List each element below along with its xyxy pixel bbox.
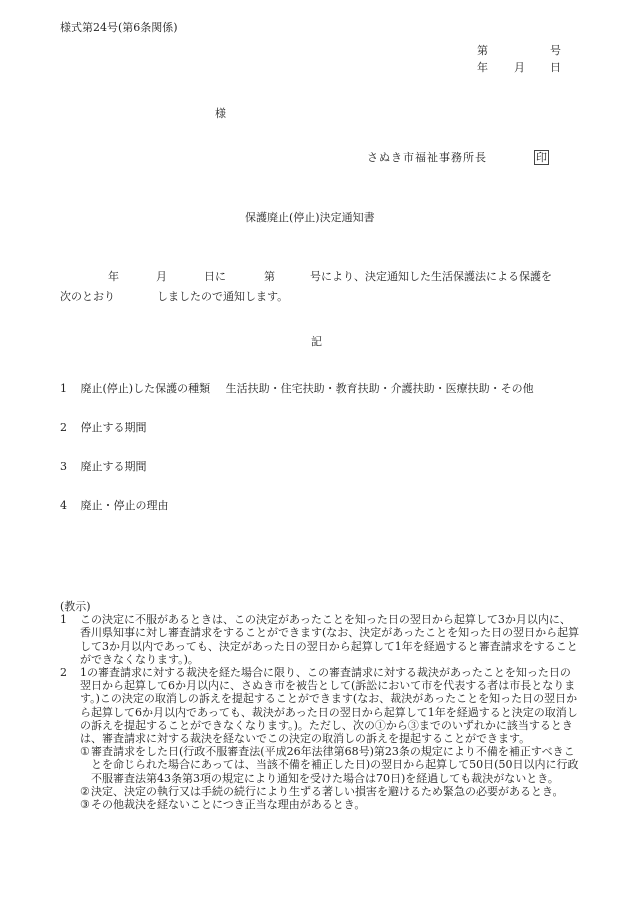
- form-label: 様式第24号(第6条関係): [60, 22, 178, 33]
- addressee-suffix: 様: [215, 108, 226, 119]
- body-day: 日に: [204, 271, 226, 282]
- item-number: 3: [60, 460, 67, 473]
- date-day: 日: [550, 62, 561, 73]
- item-2: 2 停止する期間: [60, 422, 147, 433]
- body-line2-start: 次のとおり: [60, 291, 115, 302]
- notice-number: 2: [60, 666, 80, 745]
- item-3: 3 廃止する期間: [60, 461, 147, 472]
- subitem-text: 審査請求をした日(行政不服審査法(平成26年法律第68号)第23条の規定により不…: [91, 745, 580, 785]
- notice-subitem-1: ① 審査請求をした日(行政不服審査法(平成26年法律第68号)第23条の規定によ…: [60, 745, 580, 785]
- item-1: 1 廃止(停止)した保護の種類 生活扶助・住宅扶助・教育扶助・介護扶助・医療扶助…: [60, 383, 534, 394]
- notice-heading: (教示): [60, 600, 580, 613]
- subitem-mark: ③: [80, 798, 91, 811]
- notice-subitem-3: ③ その他裁決を経ないことにつき正当な理由があるとき。: [60, 798, 580, 811]
- date-year: 年: [477, 62, 488, 73]
- item-label: 廃止する期間: [81, 460, 147, 473]
- notice-section: (教示) 1 この決定に不服があるときは、この決定があったことを知った日の翌日か…: [60, 600, 580, 811]
- body-month: 月: [156, 271, 167, 282]
- notice-number: 1: [60, 613, 80, 666]
- notice-text: 1の審査請求に対する裁決を経た場合に限り、この審査請求に対する裁決があったことを…: [80, 666, 580, 745]
- ki-heading: 記: [311, 336, 322, 347]
- item-label: 廃止(停止)した保護の種類: [81, 382, 211, 395]
- subitem-text: その他裁決を経ないことにつき正当な理由があるとき。: [91, 798, 580, 811]
- subitem-mark: ①: [80, 745, 91, 785]
- item-4: 4 廃止・停止の理由: [60, 500, 169, 511]
- notice-text: この決定に不服があるときは、この決定があったことを知った日の翌日から起算して3か…: [80, 613, 580, 666]
- item-value: 生活扶助・住宅扶助・教育扶助・介護扶助・医療扶助・その他: [226, 382, 534, 395]
- notice-item-1: 1 この決定に不服があるときは、この決定があったことを知った日の翌日から起算して…: [60, 613, 580, 666]
- doc-number-suffix: 号: [550, 45, 561, 56]
- body-year: 年: [108, 271, 119, 282]
- doc-number-prefix: 第: [477, 45, 488, 56]
- seal-box: 印: [534, 150, 549, 165]
- item-label: 停止する期間: [81, 421, 147, 434]
- notice-item-2: 2 1の審査請求に対する裁決を経た場合に限り、この審査請求に対する裁決があったこ…: [60, 666, 580, 745]
- item-number: 4: [60, 499, 67, 512]
- notice-subitem-2: ② 決定、決定の執行又は手続の続行により生ずる著しい損害を避けるため緊急の必要が…: [60, 785, 580, 798]
- seal-icon: 印: [534, 150, 549, 165]
- subitem-mark: ②: [80, 785, 91, 798]
- issuer-name: さぬき市福祉事務所長: [367, 152, 487, 163]
- item-number: 1: [60, 382, 67, 395]
- item-number: 2: [60, 421, 67, 434]
- document-title: 保護廃止(停止)決定通知書: [245, 212, 375, 223]
- body-number-prefix: 第: [264, 271, 275, 282]
- item-label: 廃止・停止の理由: [81, 499, 169, 512]
- subitem-text: 決定、決定の執行又は手続の続行により生ずる著しい損害を避けるため緊急の必要がある…: [91, 785, 580, 798]
- body-line2-rest: しましたので通知します。: [157, 291, 288, 302]
- date-month: 月: [514, 62, 525, 73]
- body-line1-rest: 号により、決定通知した生活保護法による保護を: [310, 271, 552, 282]
